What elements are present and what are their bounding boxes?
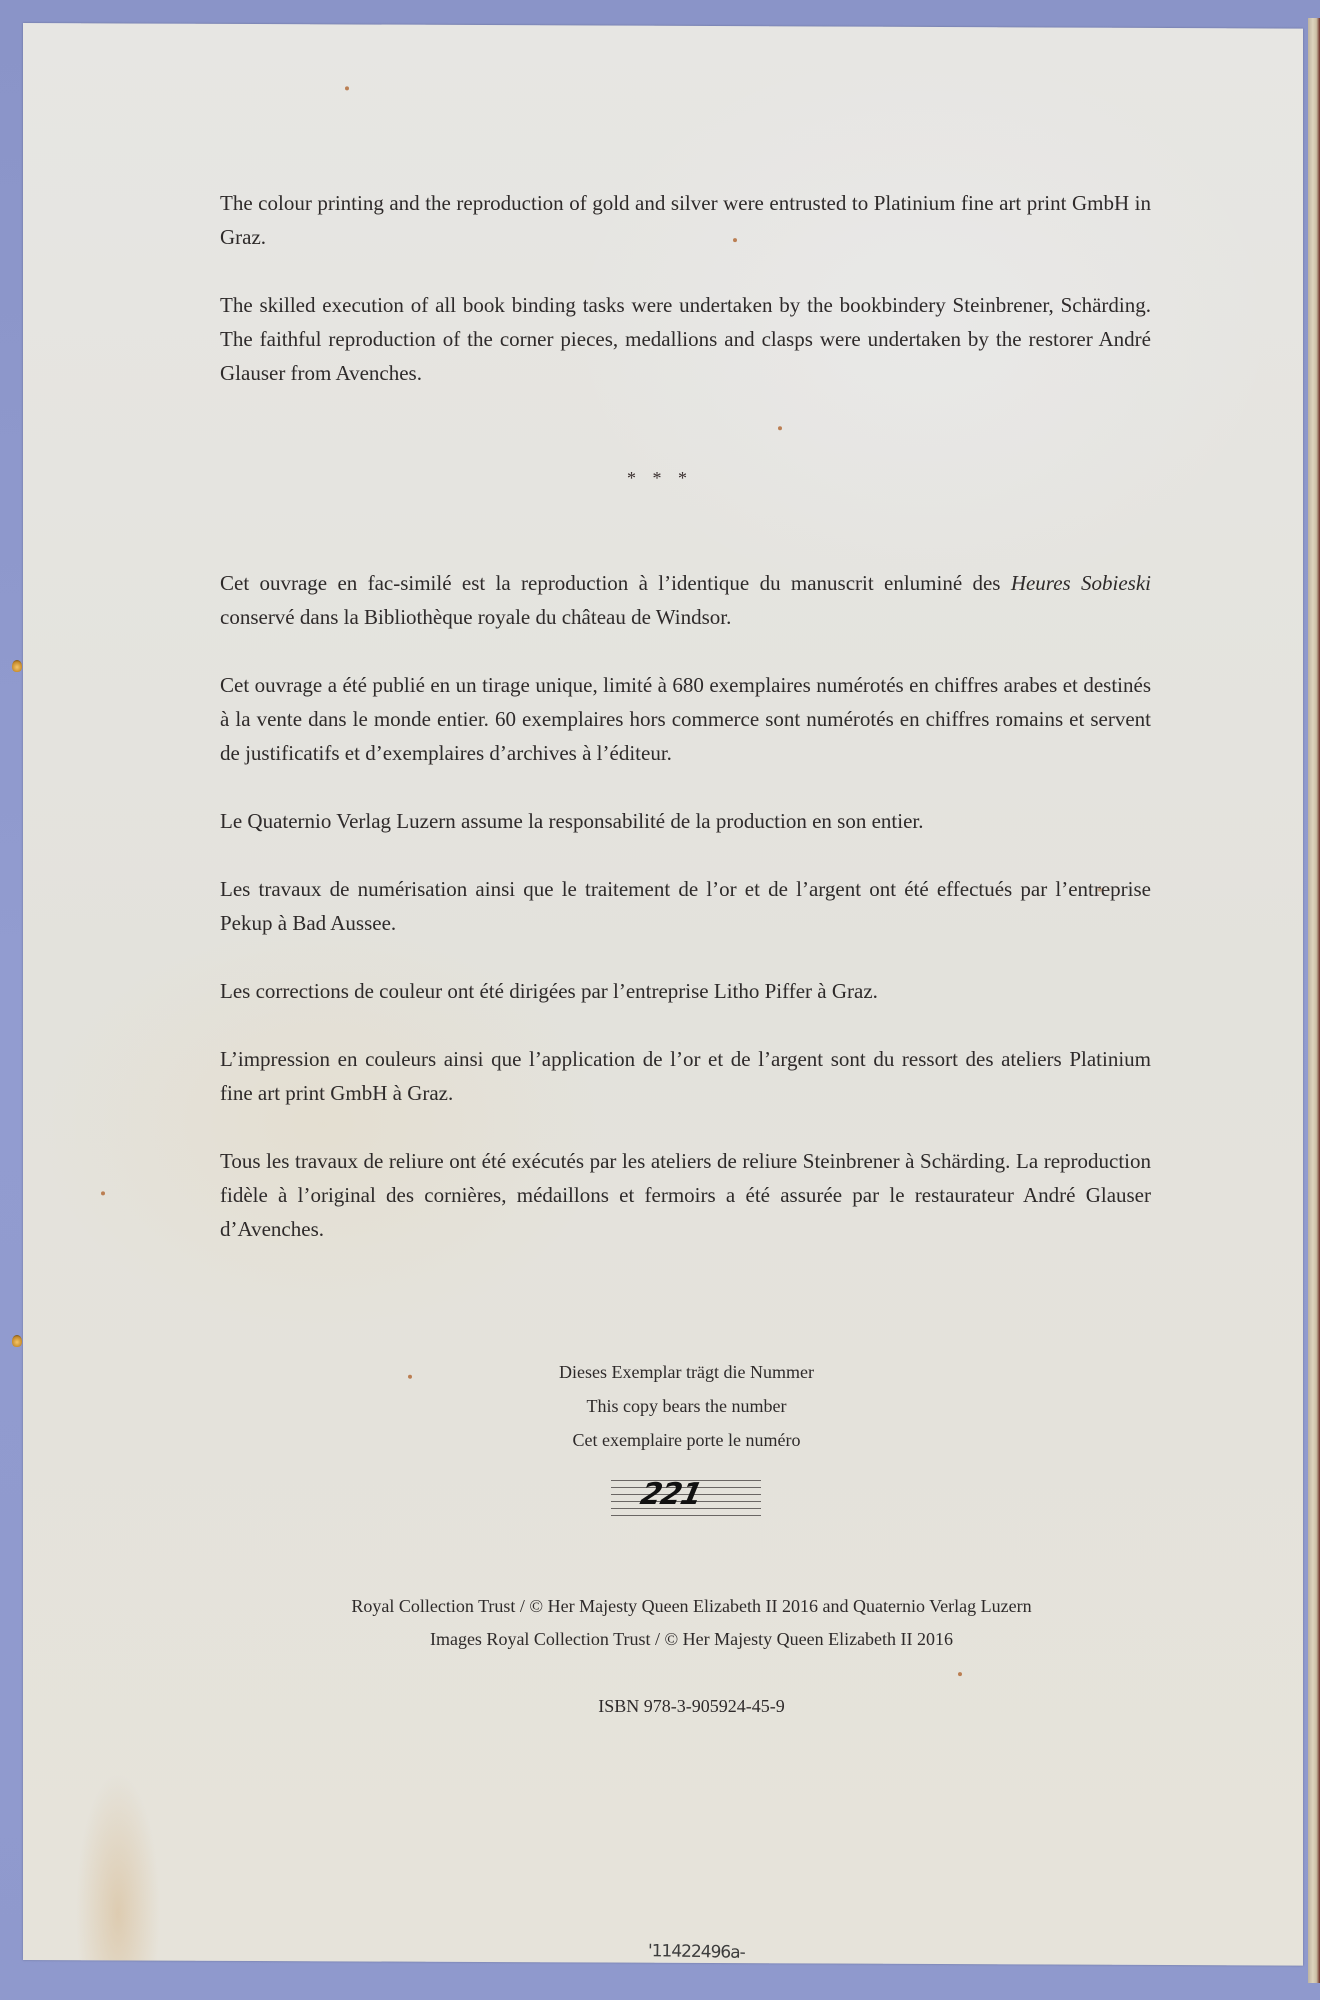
images-copyright-line: Images Royal Collection Trust / © Her Ma… [0, 1623, 1320, 1656]
paragraph-colour-printing: The colour printing and the reproduction… [220, 186, 1151, 254]
copy-number-caption: Dieses Exemplar trägt die Nummer This co… [0, 1355, 1320, 1457]
foxing-spot [101, 1191, 105, 1195]
copyright-credits: Royal Collection Trust / © Her Majesty Q… [0, 1590, 1320, 1656]
intro-text-cont: conservé dans la Bibliothèque royale du … [220, 605, 731, 629]
foxing-spot [958, 1672, 962, 1676]
section-separator: * * * [0, 468, 1320, 489]
intro-text: Cet ouvrage en fac-similé est la reprodu… [220, 571, 1000, 595]
isbn: ISBN 978-3-905924-45-9 [0, 1696, 1320, 1717]
book-spine-edge [1308, 18, 1320, 1983]
copy-number-field: 221 [611, 1474, 761, 1518]
caption-english: This copy bears the number [0, 1389, 1320, 1423]
copyright-line: Royal Collection Trust / © Her Majesty Q… [0, 1590, 1320, 1623]
english-colophon: The colour printing and the reproduction… [220, 186, 1151, 424]
caption-german: Dieses Exemplar trägt die Nummer [0, 1355, 1320, 1389]
paragraph-printing: L’impression en couleurs ainsi que l’app… [220, 1042, 1151, 1110]
foxing-spot [345, 86, 349, 90]
paragraph-edition: Cet ouvrage a été publié en un tirage un… [220, 668, 1151, 770]
handwritten-copy-number: 221 [607, 1477, 734, 1512]
caption-french: Cet exemplaire porte le numéro [0, 1423, 1320, 1457]
paragraph-binding: Tous les travaux de reliure ont été exéc… [220, 1144, 1151, 1246]
gold-clasp-icon [12, 1335, 22, 1347]
paragraph-facsimile-intro: Cet ouvrage en fac-similé est la reprodu… [220, 566, 1151, 634]
paragraph-publisher: Le Quaternio Verlag Luzern assume la res… [220, 804, 1151, 838]
pencil-annotation: '11422496a- [648, 1941, 745, 1963]
french-colophon: Cet ouvrage en fac-similé est la reprodu… [220, 566, 1151, 1280]
paragraph-book-binding: The skilled execution of all book bindin… [220, 288, 1151, 390]
paragraph-colour-correction: Les corrections de couleur ont été dirig… [220, 974, 1151, 1008]
gold-clasp-icon [12, 660, 22, 672]
foxing-spot [778, 426, 782, 430]
paragraph-digitisation: Les travaux de numérisation ainsi que le… [220, 872, 1151, 940]
manuscript-title: Heures Sobieski [1011, 571, 1151, 595]
